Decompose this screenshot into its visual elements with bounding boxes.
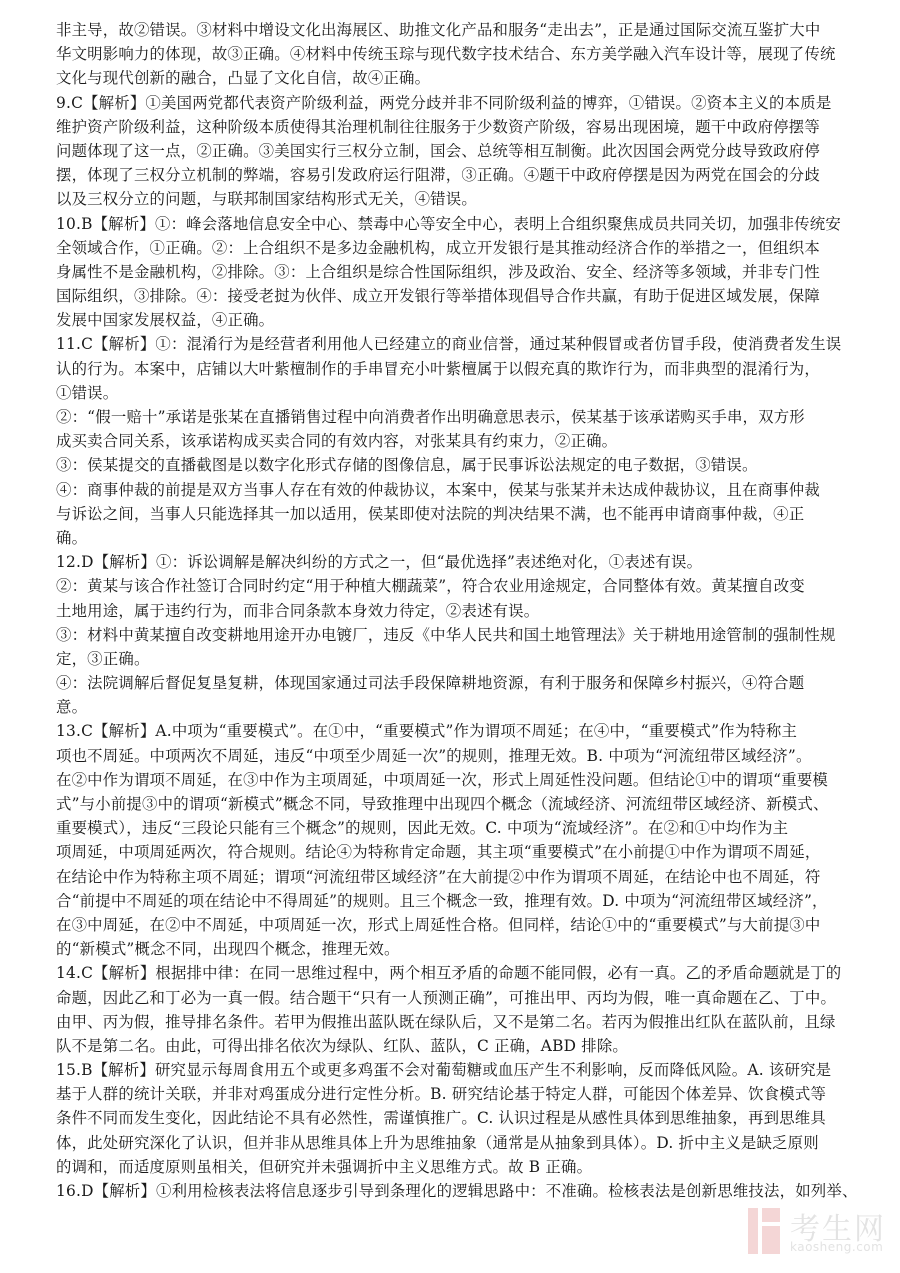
- answer-11-line: 11.C【解析】①：混淆行为是经营者利用他人已经建立的商业信誉，通过某种假冒或者…: [56, 332, 860, 356]
- text-line: ②：黄某与该合作社签订合同时约定“用于种植大棚蔬菜”，符合农业用途规定，合同整体…: [56, 574, 860, 598]
- text-line: 发展中国家发展权益，④正确。: [56, 308, 860, 332]
- text-line: ④：法院调解后督促复垦复耕，体现国家通过司法手段保障耕地资源，有利于服务和保障乡…: [56, 671, 860, 695]
- text-line: 在③中周延，在②中不周延，中项周延一次，形式上周延性合格。但同样，结论①中的“重…: [56, 913, 860, 937]
- text-line: ②：“假一赔十”承诺是张某在直播销售过程中向消费者作出明确意思表示，侯某基于该承…: [56, 405, 860, 429]
- text-line: 土地用途，属于违约行为，而非合同条款本身效力待定，②表述有误。: [56, 599, 860, 623]
- text-line: 项周延，中项周延两次，符合规则。结论④为特称肯定命题，其主项“重要模式”在小前提…: [56, 840, 860, 864]
- text-line: 的“新模式”概念不同，出现四个概念，推理无效。: [56, 937, 860, 961]
- text-line: 华文明影响力的体现，故③正确。④材料中传统玉琮与现代数字技术结合、东方美学融入汽…: [56, 42, 860, 66]
- watermark-brand-en: kaosheng.com: [790, 1240, 883, 1254]
- text-line: ①错误。: [56, 381, 860, 405]
- text-line: 国际组织，③排除。④：接受老挝为伙伴、成立开发银行等举措体现倡导合作共赢，有助于…: [56, 284, 860, 308]
- text-line: 非主导，故②错误。③材料中增设文化出海展区、助推文化产品和服务“走出去”，正是通…: [56, 18, 860, 42]
- text-line: 认的行为。本案中，店铺以大叶紫檀制作的手串冒充小叶紫檀属于以假充真的欺诈行为，而…: [56, 357, 860, 381]
- text-line: 体，此处研究深化了认识，但并非从思维具体上升为思维抽象（通常是从抽象到具体）。D…: [56, 1131, 860, 1155]
- text-line: 在②中作为谓项不周延，在③中作为主项周延，中项周延一次，形式上周延性没问题。但结…: [56, 768, 860, 792]
- text-line: 意。: [56, 695, 860, 719]
- answer-14-line: 14.C【解析】根据排中律：在同一思维过程中，两个相互矛盾的命题不能同假，必有一…: [56, 961, 860, 985]
- text-line: 项也不周延。中项两次不周延，违反“中项至少周延一次”的规则，推理无效。B. 中项…: [56, 744, 860, 768]
- text-line: 重要模式），违反“三段论只能有三个概念”的规则，因此无效。C. 中项为“流域经济…: [56, 816, 860, 840]
- text-line: 成买卖合同关系，该承诺构成买卖合同的有效内容，对张某具有约束力，②正确。: [56, 429, 860, 453]
- text-line: 确。: [56, 526, 860, 550]
- text-line: 全领域合作，①正确。②：上合组织不是多边金融机构，成立开发银行是其推动经济合作的…: [56, 236, 860, 260]
- text-line: 摆，体现了三权分立机制的弊端，容易引发政府运行阻滞，③正确。④题干中政府停摆是因…: [56, 163, 860, 187]
- text-line: ③：材料中黄某擅自改变耕地用途开办电镀厂，违反《中华人民共和国土地管理法》关于耕…: [56, 623, 860, 647]
- watermark-logo-icon: [748, 1208, 782, 1254]
- text-line: 与诉讼之间，当事人只能选择其一加以适用，侯某即使对法院的判决结果不满，也不能再申…: [56, 502, 860, 526]
- text-line: 基于人群的统计关联，并非对鸡蛋成分进行定性分析。B. 研究结论基于特定人群，可能…: [56, 1082, 860, 1106]
- text-line: 的调和，而适度原则虽相关，但研究并未强调折中主义思维方式。故 B 正确。: [56, 1155, 860, 1179]
- answer-13-line: 13.C【解析】A.中项为“重要模式”。在①中，“重要模式”作为谓项不周延；在④…: [56, 719, 860, 743]
- watermark: 考生网 kaosheng.com: [748, 1208, 898, 1258]
- text-line: 以及三权分立的问题，与联邦制国家结构形式无关，④错误。: [56, 187, 860, 211]
- answer-16-line: 16.D【解析】①利用检核表法将信息逐步引导到条理化的逻辑思路中：不准确。检核表…: [56, 1179, 860, 1203]
- text-line: 命题，因此乙和丁必为一真一假。结合题干“只有一人预测正确”，可推出甲、丙均为假，…: [56, 986, 860, 1010]
- text-line: 文化与现代创新的融合，凸显了文化自信，故④正确。: [56, 66, 860, 90]
- answer-12-line: 12.D【解析】①：诉讼调解是解决纠纷的方式之一，但“最优选择”表述绝对化，①表…: [56, 550, 860, 574]
- text-line: 合“前提中不周延的项在结论中不得周延”的规则。且三个概念一致，推理有效。D. 中…: [56, 889, 860, 913]
- text-line: 在结论中作为特称主项不周延；谓项“河流纽带区域经济”在大前提②中作为谓项不周延，…: [56, 865, 860, 889]
- text-line: 由甲、丙为假，推导排名条件。若甲为假推出蓝队既在绿队后，又不是第二名。若丙为假推…: [56, 1010, 860, 1034]
- text-line: 身属性不是金融机构，②排除。③：上合组织是综合性国际组织，涉及政治、安全、经济等…: [56, 260, 860, 284]
- text-line: 维护资产阶级利益，这种阶级本质使得其治理机制往往服务于少数资产阶级，容易出现困境…: [56, 115, 860, 139]
- text-line: 队不是第二名。由此，可得出排名依次为绿队、红队、蓝队，C 正确，ABD 排除。: [56, 1034, 860, 1058]
- document-page: 非主导，故②错误。③材料中增设文化出海展区、助推文化产品和服务“走出去”，正是通…: [56, 18, 860, 1203]
- text-line: 式”与小前提③中的谓项“新模式”概念不同，导致推理中出现四个概念（流域经济、河流…: [56, 792, 860, 816]
- answer-10-line: 10.B【解析】①：峰会落地信息安全中心、禁毒中心等安全中心，表明上合组织聚焦成…: [56, 212, 860, 236]
- text-line: ④：商事仲裁的前提是双方当事人存在有效的仲裁协议，本案中，侯某与张某并未达成仲裁…: [56, 478, 860, 502]
- answer-9-line: 9.C【解析】①美国两党都代表资产阶级利益，两党分歧并非不同阶级利益的博弈，①错…: [56, 91, 860, 115]
- answer-15-line: 15.B【解析】研究显示每周食用五个或更多鸡蛋不会对葡萄糖或血压产生不利影响，反…: [56, 1058, 860, 1082]
- text-line: ③：侯某提交的直播截图是以数字化形式存储的图像信息，属于民事诉讼法规定的电子数据…: [56, 453, 860, 477]
- text-line: 问题体现了这一点，②正确。③美国实行三权分立制，国会、总统等相互制衡。此次因国会…: [56, 139, 860, 163]
- text-line: 定，③正确。: [56, 647, 860, 671]
- text-line: 条件不同而发生变化，因此结论不具有必然性，需谨慎推广。C. 认识过程是从感性具体…: [56, 1106, 860, 1130]
